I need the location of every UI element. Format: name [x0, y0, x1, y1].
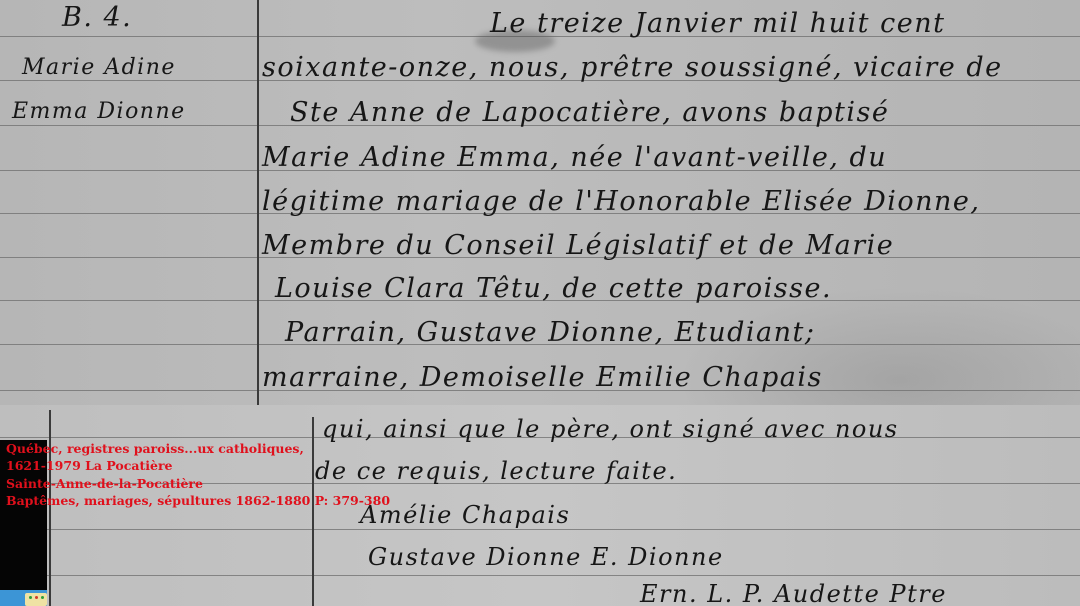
body-line-3: Ste Anne de Lapocatière, avons baptisé: [290, 97, 889, 128]
signature-3: Ern. L. P. Audette Ptre: [640, 580, 947, 606]
body-line-4: Marie Adine Emma, née l'avant-veille, du: [262, 142, 887, 173]
body-line-10: qui, ainsi que le père, ont signé avec n…: [322, 415, 899, 443]
body-line-11: de ce requis, lecture faite.: [315, 457, 677, 485]
margin-line: [257, 0, 259, 405]
register-scan: B. 4. Marie Adine Emma Dionne Le treize …: [0, 0, 1080, 606]
body-line-9: marraine, Demoiselle Emilie Chapais: [262, 362, 823, 393]
body-line-6: Membre du Conseil Législatif et de Marie: [262, 230, 894, 261]
body-line-8: Parrain, Gustave Dionne, Etudiant;: [285, 317, 816, 348]
signature-2: Gustave Dionne E. Dionne: [368, 543, 724, 571]
source-caption: Québec, registres paroiss...ux catholiqu…: [0, 440, 366, 509]
caption-line-1: Québec, registres paroiss...ux catholiqu…: [6, 440, 366, 457]
ruled-line: [0, 575, 1080, 576]
body-line-2: soixante-onze, nous, prêtre soussigné, v…: [262, 52, 1003, 83]
caption-line-2: 1621-1979 La Pocatière: [6, 457, 366, 474]
upper-page-scan: B. 4. Marie Adine Emma Dionne Le treize …: [0, 0, 1080, 405]
body-line-5: légitime mariage de l'Honorable Elisée D…: [262, 186, 980, 217]
margin-name-line2: Emma Dionne: [12, 99, 186, 124]
caption-line-4: Baptêmes, mariages, sépultures 1862-1880…: [6, 492, 366, 509]
signature-1: Amélie Chapais: [360, 501, 570, 529]
entry-number: B. 4.: [62, 2, 132, 33]
body-line-7: Louise Clara Têtu, de cette paroisse.: [275, 273, 832, 304]
ruled-line: [0, 529, 1080, 530]
margin-name-line1: Marie Adine: [22, 55, 176, 80]
body-line-1: Le treize Janvier mil huit cent: [490, 8, 945, 39]
folder-icon[interactable]: [25, 593, 47, 606]
caption-line-3: Sainte-Anne-de-la-Pocatière: [6, 475, 366, 492]
